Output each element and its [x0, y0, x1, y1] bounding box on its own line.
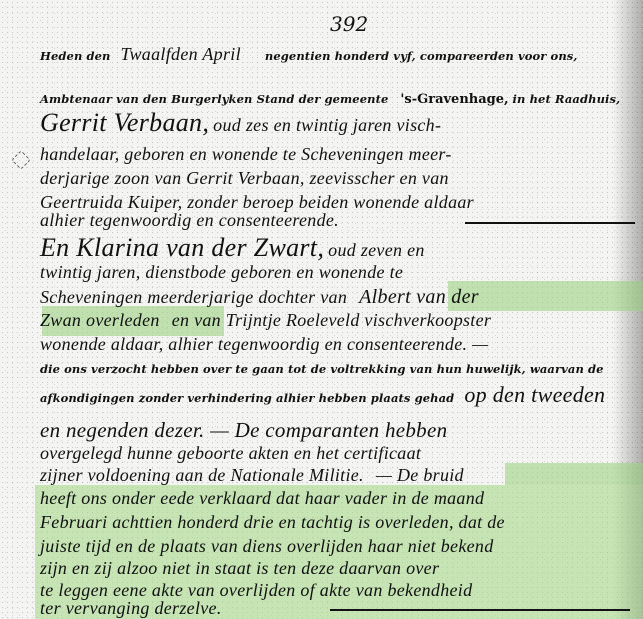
handwritten-date: Twaalfden April	[121, 44, 241, 64]
printed-text: negentien honderd vyf, compareerden voor…	[265, 49, 578, 63]
handwritten-text: derjarige zoon van Gerrit Verbaan, zeevi…	[40, 168, 449, 188]
record-line-9: twintig jaren, dienstbode geboren en won…	[40, 262, 403, 283]
record-line-11: Zwan overleden en van Trijntje Roeleveld…	[40, 310, 491, 331]
handwritten-text: Geertruida Kuiper, zonder beroep beiden …	[40, 192, 474, 212]
record-line-4: handelaar, geboren en wonende te Scheven…	[40, 144, 452, 165]
record-line-12: wonende aldaar, alhier tegenwoordig en c…	[40, 334, 488, 355]
record-line-18: heeft ons onder eede verklaard dat haar …	[40, 488, 484, 509]
printed-text: in het Raadhuis,	[513, 92, 621, 106]
bride-statement-text: te leggen eene akte van overlijden of ak…	[40, 580, 472, 600]
bride-name: En Klarina van der Zwart,	[40, 233, 324, 262]
filler-rule	[330, 609, 630, 611]
record-line-13: die ons verzocht hebben over te gaan tot…	[40, 360, 604, 378]
record-line-1: Heden den Twaalfden April negentien hond…	[40, 44, 577, 65]
printed-text: die ons verzocht hebben over te gaan tot…	[40, 362, 604, 376]
handwritten-text: oud zeven en	[328, 240, 425, 260]
record-line-21: zijn en zij alzoo niet in staat is ten d…	[40, 558, 439, 579]
handwritten-text: en van Trijntje Roeleveld vischverkoopst…	[172, 310, 492, 330]
record-line-10: Scheveningen meerderjarige dochter van A…	[40, 286, 479, 309]
handwritten-text: handelaar, geboren en wonende te Scheven…	[40, 144, 452, 164]
record-line-8: En Klarina van der Zwart, oud zeven en	[40, 233, 425, 263]
handwritten-text: overgelegd hunne geboorte akten en het c…	[40, 443, 421, 463]
father-status: Zwan overleden	[40, 310, 160, 330]
printed-text: afkondigingen zonder verhindering alhier…	[40, 391, 454, 405]
record-line-2: Ambtenaar van den Burgerlyken Stand der …	[40, 90, 620, 108]
handwritten-text: Scheveningen meerderjarige dochter van	[40, 287, 347, 307]
record-line-23: ter vervanging derzelve.	[40, 598, 222, 619]
bride-statement-text: heeft ons onder eede verklaard dat haar …	[40, 488, 484, 508]
father-name: Albert van der	[359, 286, 479, 308]
margin-mark	[11, 150, 31, 170]
handwritten-text: op den tweeden	[464, 382, 605, 407]
handwritten-text: zijner voldoening aan de Nationale Milit…	[40, 465, 364, 485]
municipality-name: 's-Gravenhage,	[400, 92, 508, 107]
record-line-19: Februari achttien honderd drie en tachti…	[40, 512, 505, 533]
groom-name: Gerrit Verbaan,	[40, 108, 209, 137]
handwritten-text: oud zes en twintig jaren visch-	[213, 115, 441, 135]
bride-statement-start: — De bruid	[376, 465, 464, 485]
printed-text: Heden den	[40, 49, 111, 63]
bride-statement-text: Februari achttien honderd drie en tachti…	[40, 512, 505, 532]
page-number: 392	[330, 12, 368, 36]
record-line-5: derjarige zoon van Gerrit Verbaan, zeevi…	[40, 168, 449, 189]
record-line-17: zijner voldoening aan de Nationale Milit…	[40, 465, 464, 486]
printed-text: Ambtenaar van den Burgerlyken Stand der …	[40, 92, 388, 106]
bride-statement-text: ter vervanging derzelve.	[40, 598, 222, 618]
record-line-7: alhier tegenwoordig en consenteerende.	[40, 210, 339, 231]
bride-statement-text: juiste tijd en de plaats van diens overl…	[40, 536, 494, 556]
highlight-bride-start	[505, 463, 643, 485]
handwritten-text: twintig jaren, dienstbode geboren en won…	[40, 262, 403, 282]
handwritten-text: wonende aldaar, alhier tegenwoordig en c…	[40, 334, 488, 354]
record-line-14: afkondigingen zonder verhindering alhier…	[40, 382, 605, 408]
handwritten-text: alhier tegenwoordig en consenteerende.	[40, 210, 339, 230]
record-line-3: Gerrit Verbaan, oud zes en twintig jaren…	[40, 108, 441, 138]
record-line-15: en negenden dezer. — De comparanten hebb…	[40, 418, 447, 443]
record-line-16: overgelegd hunne geboorte akten en het c…	[40, 443, 421, 464]
filler-rule	[465, 222, 635, 224]
handwritten-text: en negenden dezer. — De comparanten hebb…	[40, 418, 447, 442]
bride-statement-text: zijn en zij alzoo niet in staat is ten d…	[40, 558, 439, 578]
record-line-20: juiste tijd en de plaats van diens overl…	[40, 536, 494, 557]
